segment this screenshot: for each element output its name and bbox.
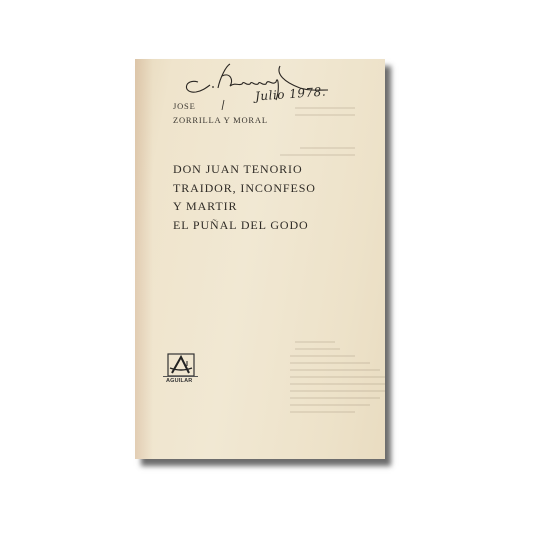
title-line: DON JUAN TENORIO <box>173 160 316 179</box>
publisher-name: AGUILAR <box>166 378 192 384</box>
bleed-through-line <box>290 376 385 378</box>
title-line: EL PUÑAL DEL GODO <box>173 216 316 235</box>
bleed-through-line <box>290 369 380 371</box>
bleed-through-line <box>290 390 385 392</box>
work-titles: DON JUAN TENORIO TRAIDOR, INCONFESO Y MA… <box>173 160 316 234</box>
bleed-through-line <box>290 362 370 364</box>
bleed-through-line <box>300 147 355 149</box>
bleed-through-line <box>295 348 340 350</box>
author-first-name: JOSE <box>173 101 196 111</box>
title-line: Y MARTIR <box>173 197 316 216</box>
bleed-through-line <box>290 397 380 399</box>
bleed-through-line <box>295 114 355 116</box>
bleed-through-line <box>280 154 355 156</box>
bleed-through-line <box>295 341 335 343</box>
bleed-through-line <box>290 411 355 413</box>
bleed-through-line <box>290 404 370 406</box>
bleed-through-line <box>290 383 385 385</box>
title-line: TRAIDOR, INCONFESO <box>173 179 316 198</box>
bleed-through-line <box>290 355 355 357</box>
logo-rule <box>163 376 198 377</box>
author-last-name: ZORRILLA Y MORAL <box>173 115 268 125</box>
